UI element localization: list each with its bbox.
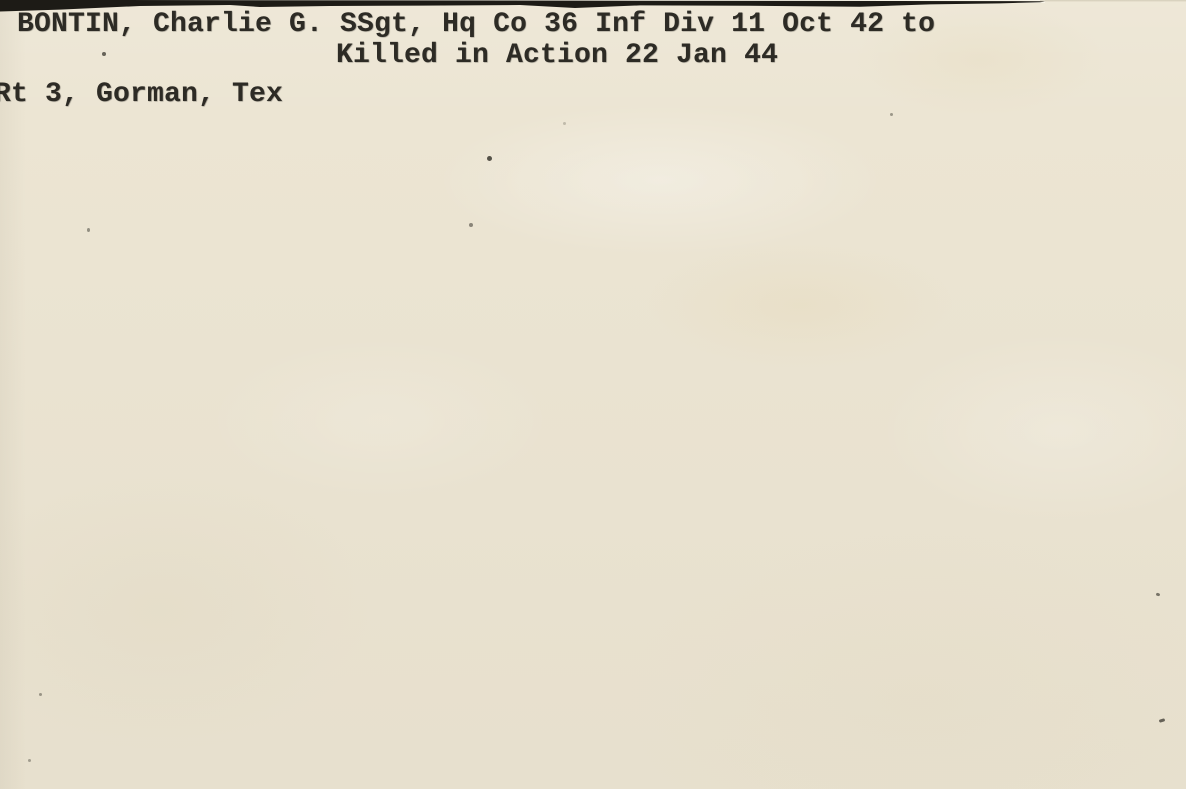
- ink-speck: [102, 52, 106, 56]
- scan-edge-faint-line: [1040, 0, 1186, 1]
- ink-speck: [87, 228, 90, 232]
- ink-speck: [487, 156, 492, 161]
- ink-speck: [563, 122, 566, 125]
- ink-speck: [890, 113, 893, 116]
- ink-speck: [1159, 718, 1166, 723]
- record-line-name-rank-unit: BONTIN, Charlie G. SSgt, Hq Co 36 Inf Di…: [17, 9, 935, 41]
- record-line-home-address: Rt 3, Gorman, Tex: [0, 79, 283, 111]
- ink-speck: [39, 693, 42, 696]
- ink-speck: [28, 759, 31, 762]
- record-line-killed-in-action: Killed in Action 22 Jan 44: [336, 40, 778, 72]
- scanned-index-card: BONTIN, Charlie G. SSgt, Hq Co 36 Inf Di…: [0, 0, 1186, 789]
- ink-speck: [1156, 592, 1161, 596]
- ink-speck: [469, 223, 473, 227]
